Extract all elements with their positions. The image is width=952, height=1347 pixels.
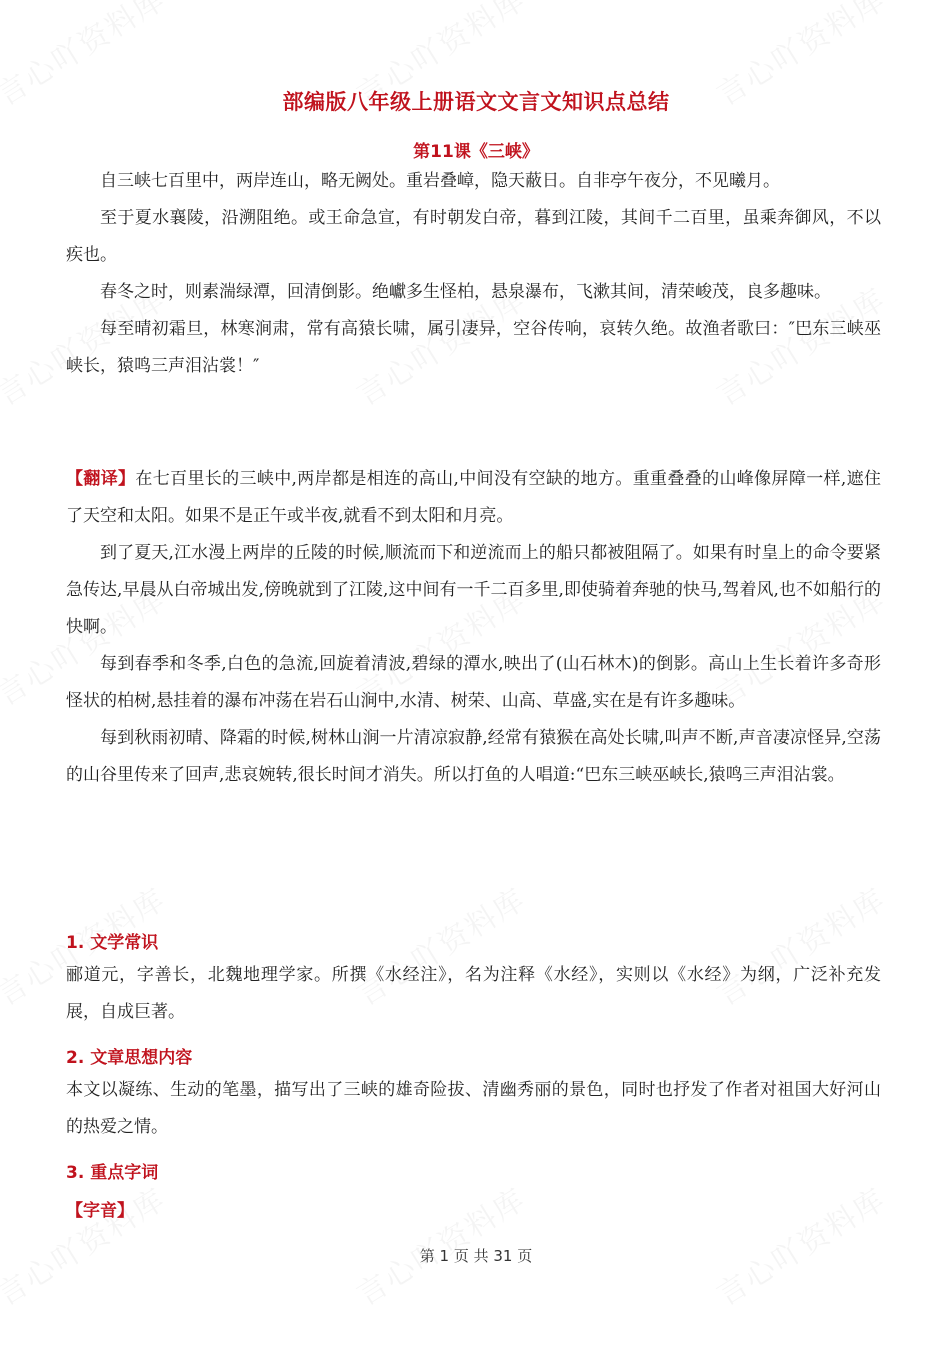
document-page: 部编版八年级上册语文文言文知识点总结 第11课《三峡》 自三峡七百里中，两岸连山… — [0, 0, 952, 1347]
original-paragraph: 每至晴初霜旦，林寒涧肃，常有高猿长啸，属引凄异，空谷传响，哀转久绝。故渔者歌曰：… — [66, 311, 881, 385]
section-text: 郦道元，字善长，北魏地理学家。所撰《水经注》，名为注释《水经》，实则以《水经》为… — [66, 957, 881, 1031]
section-body-main-idea: 本文以凝练、生动的笔墨，描写出了三峡的雄奇险拔、清幽秀丽的景色，同时也抒发了作者… — [66, 1072, 881, 1146]
lesson-title: 第11课《三峡》 — [0, 137, 952, 162]
section-text: 本文以凝练、生动的笔墨，描写出了三峡的雄奇险拔、清幽秀丽的景色，同时也抒发了作者… — [66, 1072, 881, 1146]
translation-paragraph: 每到春季和冬季,白色的急流,回旋着清波,碧绿的潭水,映出了(山石林木)的倒影。高… — [66, 646, 881, 720]
section-heading-literary-knowledge: 1. 文学常识 — [66, 928, 158, 953]
translation-paragraph: 到了夏天,江水漫上两岸的丘陵的时候,顺流而下和逆流而上的船只都被阻隔了。如果有时… — [66, 535, 881, 646]
translation-label: 【翻译】 — [66, 469, 135, 489]
original-text: 自三峡七百里中，两岸连山，略无阙处。重岩叠嶂，隐天蔽日。自非亭午夜分，不见曦月。… — [66, 163, 881, 385]
translation-section: 【翻译】在七百里长的三峡中,两岸都是相连的高山,中间没有空缺的地方。重重叠叠的山… — [66, 461, 881, 794]
section-heading-key-words: 3. 重点字词 — [66, 1158, 158, 1183]
translation-paragraph: 每到秋雨初晴、降霜的时候,树林山涧一片清凉寂静,经常有猿猴在高处长啸,叫声不断,… — [66, 720, 881, 794]
section-body-literary-knowledge: 郦道元，字善长，北魏地理学家。所撰《水经注》，名为注释《水经》，实则以《水经》为… — [66, 957, 881, 1031]
section-heading-main-idea: 2. 文章思想内容 — [66, 1043, 192, 1068]
original-paragraph: 自三峡七百里中，两岸连山，略无阙处。重岩叠嶂，隐天蔽日。自非亭午夜分，不见曦月。 — [66, 163, 881, 200]
document-title: 部编版八年级上册语文文言文知识点总结 — [0, 86, 952, 116]
original-paragraph: 至于夏水襄陵，沿溯阻绝。或王命急宣，有时朝发白帝，暮到江陵，其间千二百里，虽乘奔… — [66, 200, 881, 274]
original-paragraph: 春冬之时，则素湍绿潭，回清倒影。绝巘多生怪柏，悬泉瀑布，飞漱其间，清荣峻茂，良多… — [66, 274, 881, 311]
translation-paragraph: 【翻译】在七百里长的三峡中,两岸都是相连的高山,中间没有空缺的地方。重重叠叠的山… — [66, 461, 881, 535]
pronunciation-label: 【字音】 — [66, 1196, 134, 1221]
translation-text: 在七百里长的三峡中,两岸都是相连的高山,中间没有空缺的地方。重重叠叠的山峰像屏障… — [66, 469, 881, 526]
page-indicator: 第 1 页 共 31 页 — [0, 1245, 952, 1266]
